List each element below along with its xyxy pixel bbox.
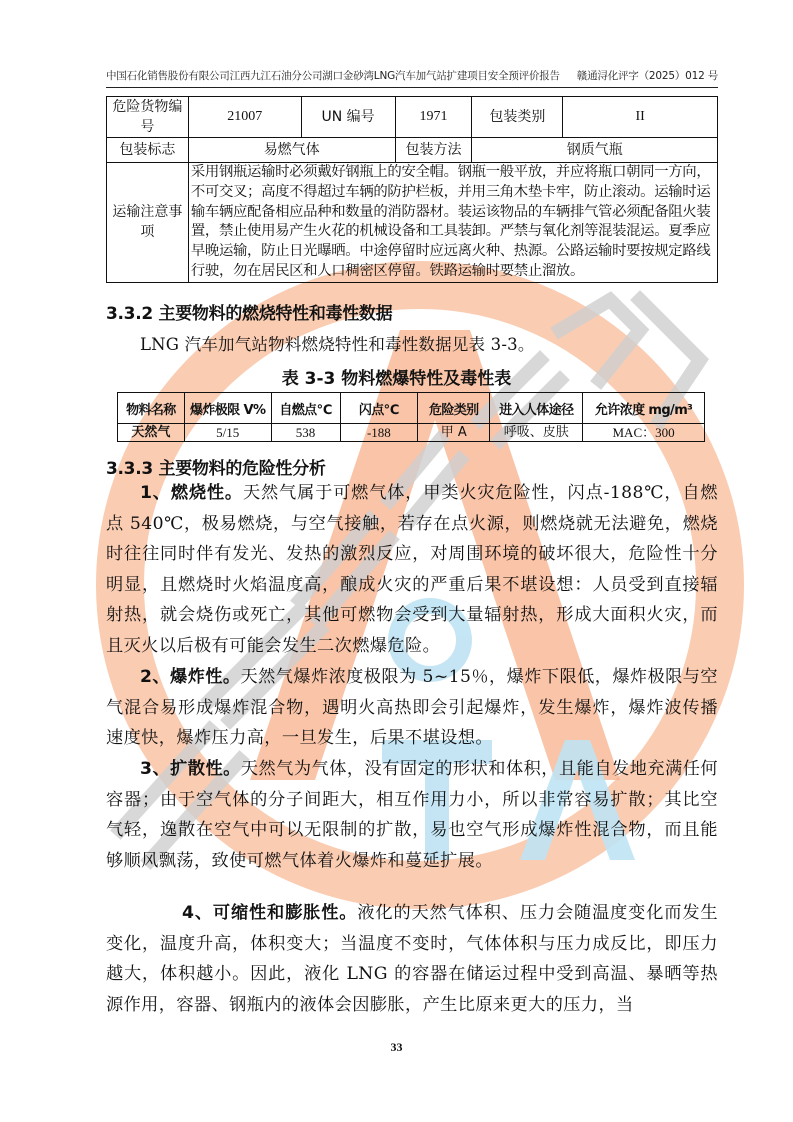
label-packing-mark: 包装标志: [107, 138, 189, 163]
table-cell: 呼吸、皮肤: [490, 424, 583, 442]
table-header-row: 物料名称 爆炸极限 V% 自燃点℃ 闪点℃ 危险类别 进入人体途径 允许浓度 m…: [118, 393, 705, 424]
table-cell: 天然气: [118, 424, 185, 442]
label-dg-number: 危险货物编号: [107, 97, 189, 138]
document-page: 中国石化销售股份有限公司江西九江石油分公司湖口金砂湾LNG汽车加气站扩建项目安全…: [0, 0, 793, 1122]
section-intro-text: LNG 汽车加气站物料燃烧特性和毒性数据见表 3-3。: [140, 331, 535, 355]
label-un-number: UN 编号: [301, 97, 395, 138]
dg-number-value: 21007: [188, 97, 301, 138]
column-header: 自燃点℃: [271, 393, 340, 424]
hazard-paragraph-diffusivity: 3、扩散性。天然气为气体，没有固定的形状和体积，且能自发地充满任何容器；由于空气…: [106, 754, 718, 876]
material-properties-table: 物料名称 爆炸极限 V% 自燃点℃ 闪点℃ 危险类别 进入人体途径 允许浓度 m…: [117, 392, 705, 442]
table-cell: 538: [271, 424, 340, 442]
hazard-title: 3、扩散性。: [140, 759, 241, 779]
table-cell: MAC：300: [583, 424, 705, 442]
table-cell: 甲 A: [418, 424, 490, 442]
transport-notes-text: 采用钢瓶运输时必须戴好钢瓶上的安全帽。钢瓶一般平放，并应将瓶口朝同一方向，不可交…: [188, 163, 717, 283]
hazard-title: 2、爆炸性。: [140, 667, 240, 687]
running-header: 中国石化销售股份有限公司江西九江石油分公司湖口金砂湾LNG汽车加气站扩建项目安全…: [106, 68, 718, 83]
header-divider: [106, 87, 718, 88]
hazard-title: 4、可缩性和膨胀性。: [182, 903, 357, 923]
packing-class-value: II: [563, 97, 718, 138]
column-header: 进入人体途径: [490, 393, 583, 424]
label-transport-notes: 运输注意事项: [107, 163, 189, 283]
packing-mark-value: 易燃气体: [188, 138, 395, 163]
report-title: 中国石化销售股份有限公司江西九江石油分公司湖口金砂湾LNG汽车加气站扩建项目安全…: [106, 70, 560, 82]
page-number: 33: [0, 1040, 793, 1055]
un-number-value: 1971: [395, 97, 472, 138]
column-header: 危险类别: [418, 393, 490, 424]
packing-method-value: 钢质气瓶: [472, 138, 718, 163]
table-row: 运输注意事项 采用钢瓶运输时必须戴好钢瓶上的安全帽。钢瓶一般平放，并应将瓶口朝同…: [107, 163, 718, 283]
table-cell: 5/15: [184, 424, 271, 442]
column-header: 闪点℃: [340, 393, 418, 424]
column-header: 物料名称: [118, 393, 185, 424]
dangerous-goods-table: 危险货物编号 21007 UN 编号 1971 包装类别 II 包装标志 易燃气…: [106, 96, 718, 283]
table-cell: -188: [340, 424, 418, 442]
column-header: 允许浓度 mg/m³: [583, 393, 705, 424]
table-row: 包装标志 易燃气体 包装方法 钢质气瓶: [107, 138, 718, 163]
hazard-paragraph-explosiveness: 2、爆炸性。天然气爆炸浓度极限为 5~15％，爆炸下限低，爆炸极限与空气混合易形…: [106, 662, 718, 754]
hazard-paragraph-flammability: 1、燃烧性。天然气属于可燃气体，甲类火灾危险性，闪点-188℃，自燃点 540℃…: [106, 478, 718, 661]
report-reference-number: 赣通浔化评字（2025）012 号: [577, 68, 718, 83]
label-packing-method: 包装方法: [395, 138, 472, 163]
table-row: 天然气 5/15 538 -188 甲 A 呼吸、皮肤 MAC：300: [118, 424, 705, 442]
table-row: 危险货物编号 21007 UN 编号 1971 包装类别 II: [107, 97, 718, 138]
hazard-text: 天然气属于可燃气体，甲类火灾危险性，闪点-188℃，自燃点 540℃，极易燃烧，…: [106, 483, 718, 656]
column-header: 爆炸极限 V%: [184, 393, 271, 424]
section-heading-3-3-2: 3.3.2 主要物料的燃烧特性和毒性数据: [106, 299, 392, 324]
hazard-title: 1、燃烧性。: [140, 483, 243, 503]
table-caption: 表 3-3 物料燃爆特性及毒性表: [0, 364, 793, 389]
label-packing-class: 包装类别: [472, 97, 563, 138]
hazard-paragraph-compressibility: 4、可缩性和膨胀性。液化的天然气体积、压力会随温度变化而发生变化，温度升高，体积…: [106, 898, 718, 1020]
section-heading-3-3-3: 3.3.3 主要物料的危险性分析: [106, 454, 326, 479]
